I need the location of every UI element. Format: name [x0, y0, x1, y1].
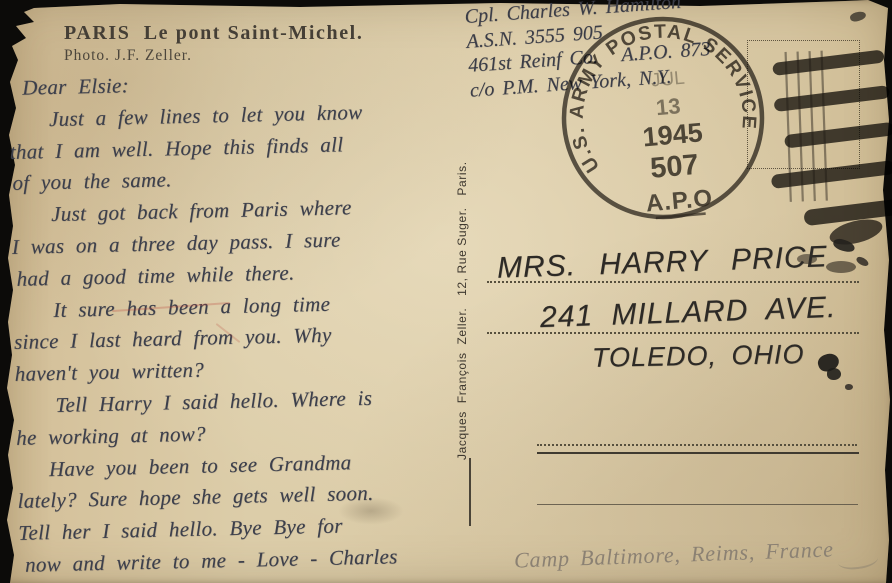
- postmark-day: 13: [655, 93, 682, 120]
- address-rule-1: [487, 281, 859, 283]
- message-area: Dear Elsie:Just a few lines to let you k…: [8, 65, 489, 583]
- publisher-imprint: Jacques François Zeller. 12, Rue Suger. …: [455, 98, 481, 460]
- cancellation-bars: [686, 24, 892, 274]
- photo-credit: Photo. J.F. Zeller.: [64, 47, 192, 65]
- address-rule-3: [537, 444, 857, 446]
- gray-smudge: [338, 497, 404, 525]
- address-rule-5: [537, 504, 858, 505]
- postmark-month: JUL: [650, 68, 685, 92]
- ink-blob: [827, 368, 841, 380]
- recipient-city: TOLEDO, OHIO: [592, 339, 805, 374]
- address-rule-4: [537, 452, 859, 454]
- address-rule-2: [487, 332, 859, 334]
- card-title: PARIS Le pont Saint-Michel.: [64, 22, 363, 45]
- divider-line: [469, 458, 471, 526]
- postcard-scan: PARIS Le pont Saint-Michel. Photo. J.F. …: [0, 0, 892, 583]
- ink-blob: [845, 384, 853, 390]
